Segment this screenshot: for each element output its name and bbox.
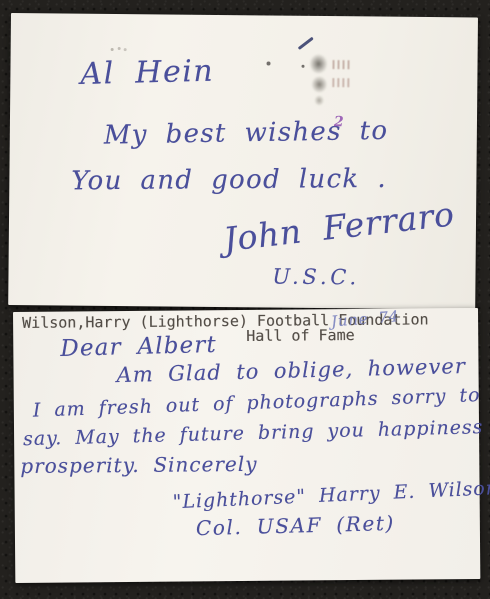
wilson-signature-title: Col. USAF (Ret) [196, 513, 395, 538]
body-line-3: say. May the future bring you happiness … [23, 417, 490, 449]
usc-affiliation: U.S.C. [272, 267, 360, 289]
postmark-smudge [314, 95, 324, 106]
postmark-smudge [311, 76, 327, 93]
postmark-dot [267, 61, 271, 65]
postmark-dot [301, 65, 304, 68]
body-line-2: I am fresh out of photographs sorry to [33, 386, 481, 421]
body-line-4: prosperity. Sincerely [20, 454, 257, 476]
photo-background: Al Hein My best wishes to You and good l… [0, 0, 490, 599]
pencil-dots [111, 48, 114, 51]
postmark-smudge [309, 54, 327, 74]
postmark-faint-marks [332, 60, 351, 69]
bottom-card: Wilson,Harry (Lighthorse) Football Found… [13, 308, 480, 583]
ink-slash-mark [298, 37, 314, 50]
top-card-message-line-2: You and good luck . [71, 166, 387, 194]
ferraro-signature: John Ferraro [222, 197, 456, 256]
top-card-message-line-1: My best wishes to [104, 118, 389, 149]
body-line-1: Am Glad to oblige, however [116, 356, 466, 386]
top-card: Al Hein My best wishes to You and good l… [8, 13, 478, 309]
typed-header-line-2: Hall of Fame [246, 328, 355, 344]
purple-number-mark: 2 [334, 114, 344, 130]
top-card-recipient: Al Hein [80, 57, 214, 90]
postmark-faint-marks [332, 78, 351, 87]
salutation: Dear Albert [60, 334, 217, 361]
wilson-signature: "Lighthorse" Harry E. Wilson [172, 479, 490, 512]
